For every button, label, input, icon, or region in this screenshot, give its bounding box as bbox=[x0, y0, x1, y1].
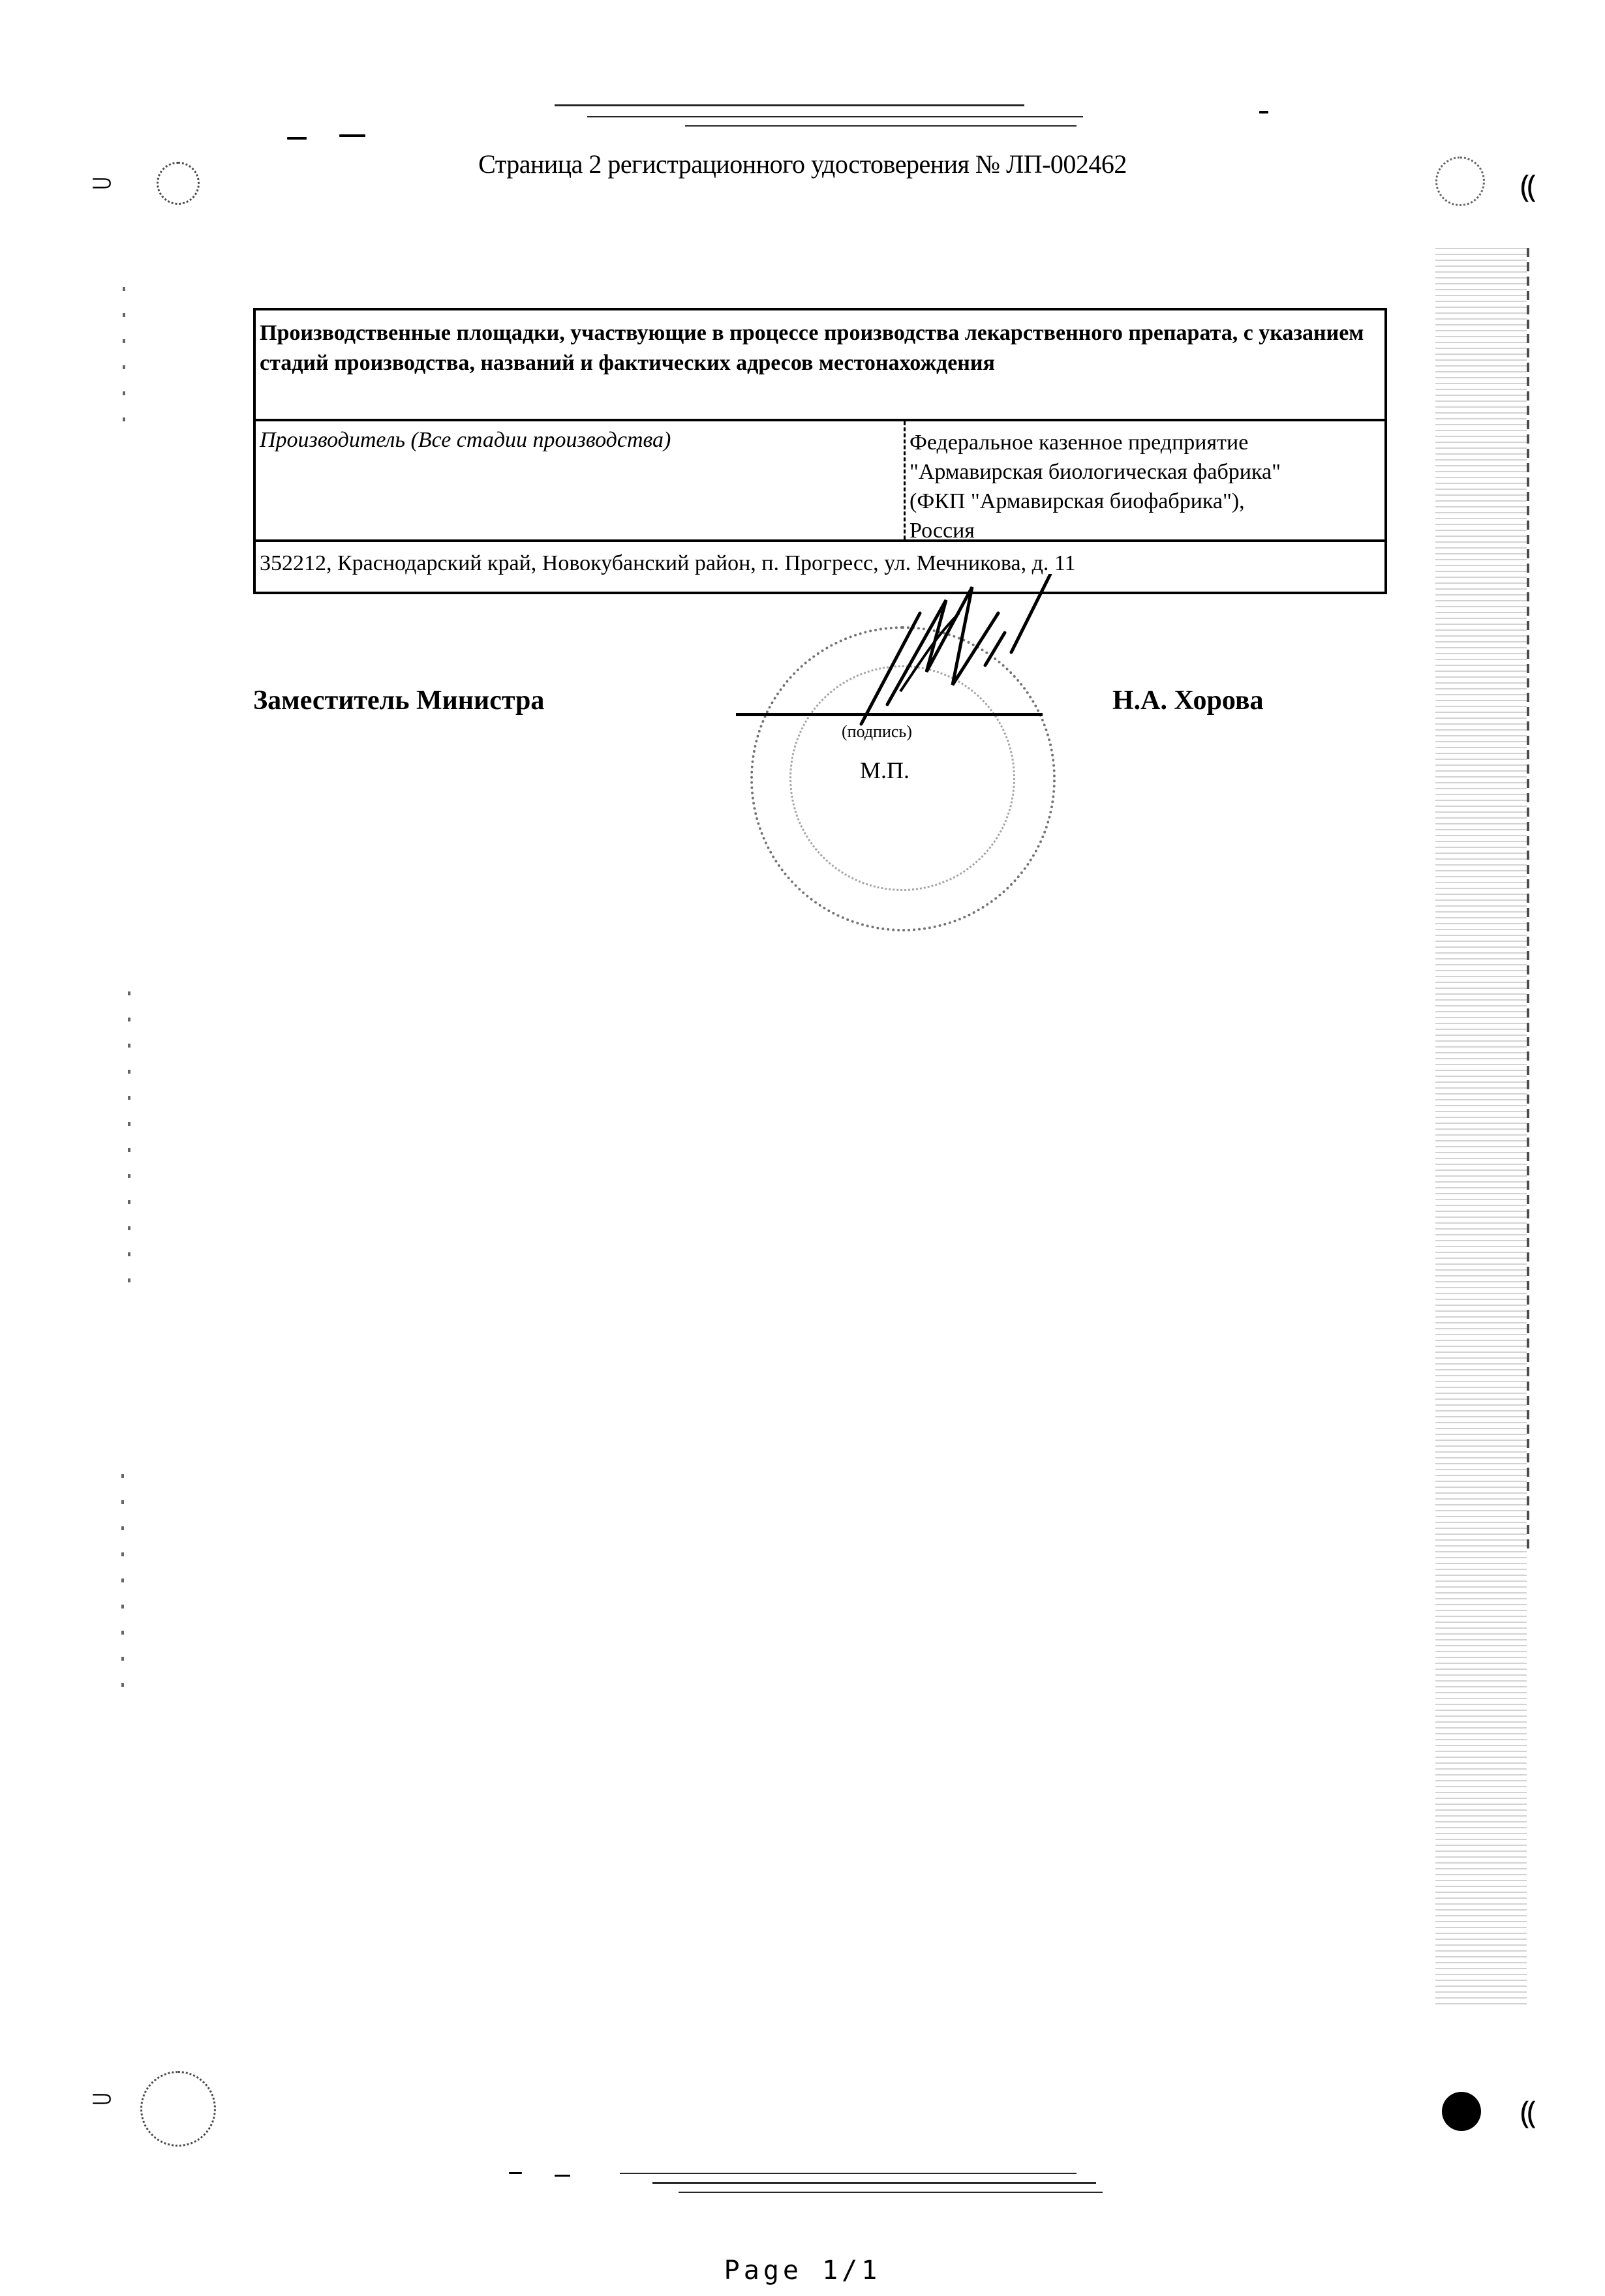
scan-streak-bottom bbox=[620, 2173, 1077, 2174]
signature-caption: (подпись) bbox=[842, 722, 912, 742]
scan-speck bbox=[555, 2175, 570, 2177]
scan-streak-top bbox=[587, 116, 1083, 117]
scan-edge-noise-left bbox=[123, 287, 125, 430]
scan-edge-noise-left bbox=[128, 991, 130, 1305]
manufacturer-name-line: "Армавирская биологическая фабрика" bbox=[909, 457, 1381, 487]
scan-edge-line-right bbox=[1527, 248, 1529, 1552]
stamp-placeholder-label: М.П. bbox=[860, 757, 909, 784]
table-address-row: 352212, Краснодарский край, Новокубански… bbox=[256, 542, 1384, 592]
page-indicator: Page 1/1 bbox=[0, 2256, 1605, 2286]
binding-ring-icon bbox=[140, 2071, 216, 2147]
manufacturer-name-line: Федеральное казенное предприятие bbox=[909, 428, 1381, 457]
signature-line bbox=[736, 713, 1043, 716]
scan-streak-top bbox=[685, 125, 1077, 127]
table-heading-row: Производственные площадки, участвующие в… bbox=[256, 310, 1384, 421]
signatory-name: Н.А. Хорова bbox=[1112, 685, 1264, 716]
scan-speck bbox=[1259, 111, 1268, 113]
manufacturer-name-cell: Федеральное казенное предприятие "Армави… bbox=[906, 421, 1384, 539]
binding-mark-icon: ⸧ bbox=[86, 2077, 117, 2120]
table-manufacturer-row: Производитель (Все стадии производства) … bbox=[256, 421, 1384, 542]
manufacturer-name-line: (ФКП "Армавирская биофабрика"), bbox=[909, 487, 1381, 516]
scan-speck bbox=[339, 134, 365, 137]
scan-streak-bottom bbox=[679, 2192, 1103, 2193]
manufacturing-sites-table: Производственные площадки, участвующие в… bbox=[253, 308, 1387, 594]
signatory-position: Заместитель Министра bbox=[253, 685, 544, 716]
punch-hole-mark bbox=[1442, 2092, 1481, 2131]
binding-mark-icon: ⸨ bbox=[1520, 2091, 1536, 2133]
scan-streak-top bbox=[555, 104, 1024, 106]
scan-speck bbox=[287, 137, 307, 140]
scan-edge-noise-left bbox=[121, 1474, 124, 1709]
scan-streak-bottom bbox=[652, 2182, 1096, 2184]
scan-speck bbox=[509, 2172, 522, 2174]
manufacturer-name-line: Россия bbox=[909, 516, 1381, 545]
page-title: Страница 2 регистрационного удостоверени… bbox=[0, 149, 1605, 179]
manufacturer-role-cell: Производитель (Все стадии производства) bbox=[256, 421, 906, 539]
scan-edge-noise-right bbox=[1435, 248, 1527, 2009]
